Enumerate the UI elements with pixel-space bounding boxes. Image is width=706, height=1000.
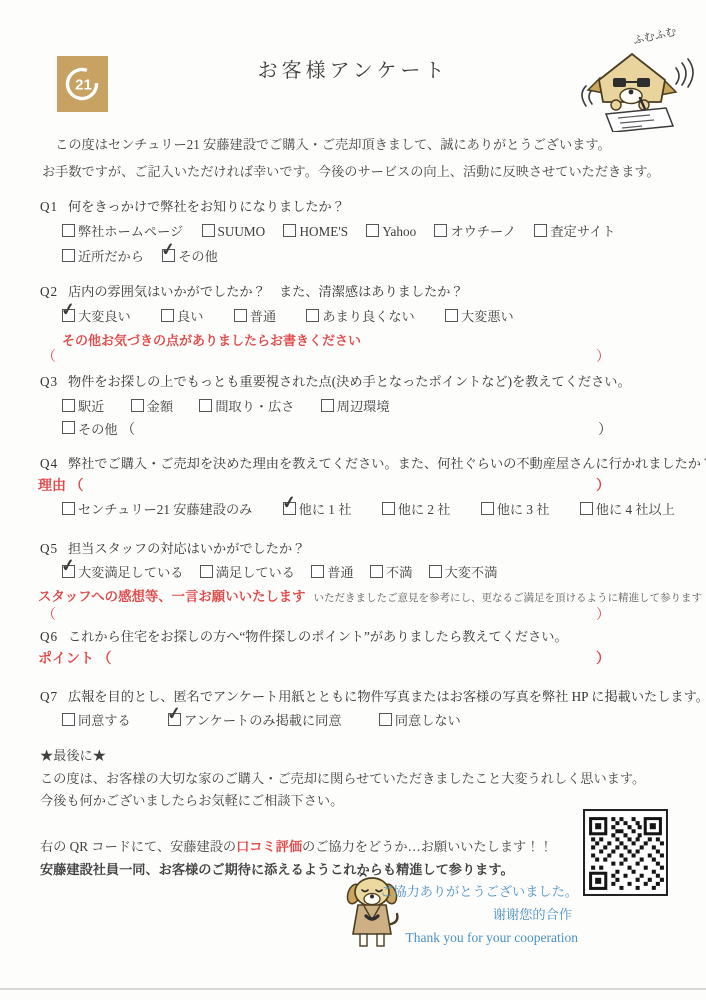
checkbox-option[interactable]: 査定サイト — [534, 221, 615, 240]
intro-line-2: お手数ですが、ご記入いただければ幸いです。今後のサービスの向上、活動に反映させて… — [42, 158, 682, 185]
question-text: 物件をお探しの上でもっとも重要視された点(決め手となったポイントなど)を教えてく… — [68, 374, 631, 389]
question-q5-heading: Q5担当スタッフの対応はいかがでしたか？ — [40, 538, 700, 557]
question-q6-heading: Q6これから住宅をお探しの方へ“物件探しのポイント”がありましたら教えてください… — [40, 626, 700, 645]
checkbox-option[interactable]: 普通 — [311, 562, 353, 581]
intro-line-1: この度はセンチュリー21 安藤建設でご購入・ご売却頂きまして、誠にありがとうござ… — [42, 131, 682, 158]
q1-options-row1: 弊社ホームページ SUUMO HOME'S Yahoo オウチーノ 査定サイト — [62, 221, 630, 240]
question-text: 担当スタッフの対応はいかがでしたか？ — [68, 541, 305, 556]
write-in-area[interactable] — [56, 346, 596, 366]
checkbox[interactable] — [131, 399, 144, 412]
mascot-writing-illustration: ふむふむ — [576, 28, 696, 132]
question-text: 弊社でご購入・ご売却を決めた理由を教えてください。また、何社ぐらいの不動産屋さん… — [68, 456, 706, 471]
checkbox-option[interactable]: HOME'S — [283, 224, 348, 240]
checkbox-label: 近所だから — [78, 249, 144, 264]
checkbox[interactable] — [481, 502, 494, 515]
checkbox-option[interactable]: 大変不満 — [429, 562, 498, 581]
checkbox-label: アンケートのみ掲載に同意 — [184, 713, 341, 728]
q5-note-subtext: いただきましたご意見を参考にし、更なるご満足を頂けるように精進して参ります — [314, 593, 703, 604]
question-q4-heading: Q4弊社でご購入・ご売却を決めた理由を教えてください。また、何社ぐらいの不動産屋… — [40, 453, 700, 472]
question-number: Q7 — [40, 689, 68, 705]
checkbox[interactable] — [311, 565, 324, 578]
checkbox-option[interactable]: 大変良い — [62, 306, 131, 325]
checkbox-label: 他に 2 社 — [398, 502, 451, 517]
checkbox-option[interactable]: 他に 1 社 — [283, 499, 352, 518]
checkbox-label: 良い — [177, 309, 203, 324]
q5-freeform-note: スタッフへの感想等、一言お願いいたします — [38, 589, 306, 604]
checkbox-option[interactable]: 同意する — [62, 710, 131, 729]
write-in-area[interactable] — [135, 419, 598, 439]
checkbox[interactable] — [283, 224, 296, 237]
qr-request-line-1: 右の QR コードにて、安藤建設の口コミ評価のご協力をどうか…お願いいたします！… — [40, 836, 553, 855]
checkbox-option[interactable]: 不満 — [370, 562, 412, 581]
reason-label-group: 理由 （ — [38, 475, 84, 495]
question-text: これから住宅をお探しの方へ“物件探しのポイント”がありましたら教えてください。 — [68, 629, 568, 644]
checkbox[interactable] — [62, 224, 75, 237]
checkbox[interactable] — [429, 565, 442, 578]
question-q3-heading: Q3物件をお探しの上でもっとも重要視された点(決め手となったポイントなど)を教え… — [40, 371, 700, 390]
question-q1-heading: Q1何をきっかけで弊社をお知りになりましたか？ — [40, 196, 700, 215]
qr-line1-pre: 右の QR コードにて、安藤建設の — [40, 839, 236, 854]
checkbox[interactable] — [306, 309, 319, 322]
checkbox-option[interactable]: 大変満足している — [62, 562, 184, 581]
checkbox-label: 不満 — [386, 565, 412, 580]
checkbox-label: 大変悪い — [461, 309, 514, 324]
checkbox-label: オウチーノ — [450, 224, 516, 239]
paren-open: （ — [42, 346, 56, 366]
checkbox-label: Yahoo — [382, 224, 416, 239]
checkbox[interactable] — [199, 399, 212, 412]
checkbox-label: センチュリー21 安藤建設のみ — [78, 502, 252, 517]
checkbox[interactable] — [200, 565, 213, 578]
paren-open: （ — [70, 475, 84, 495]
checkbox[interactable] — [62, 421, 75, 434]
checkbox-label: 金額 — [147, 399, 173, 414]
paren-close: ） — [596, 648, 610, 668]
q6-point-line: ポイント （ ） — [38, 648, 610, 668]
q7-options-row: 同意する アンケートのみ掲載に同意 同意しない — [62, 710, 495, 729]
q3-other-row: その他 （ ） — [62, 419, 612, 439]
checkbox[interactable] — [283, 502, 296, 515]
checkbox-label: 大変満足している — [78, 565, 184, 580]
checkbox[interactable] — [580, 502, 593, 515]
checkbox[interactable] — [168, 713, 181, 726]
question-number: Q1 — [40, 199, 68, 215]
checkbox-label: SUUMO — [218, 224, 266, 239]
checkbox-label: 大変良い — [78, 309, 131, 324]
q1-options-row2: 近所だから その他 — [62, 246, 233, 265]
checkbox-label: 同意する — [78, 713, 131, 728]
checkbox-option[interactable]: 大変悪い — [445, 306, 514, 325]
question-number: Q3 — [40, 374, 68, 390]
checkbox[interactable] — [62, 713, 75, 726]
paren-close: ） — [596, 604, 610, 624]
checkbox-option[interactable]: 金額 — [131, 396, 173, 415]
checkbox-label: 満足している — [216, 565, 295, 580]
q2-options-row: 大変良い 良い 普通 あまり良くない 大変悪い — [62, 306, 541, 325]
q2-write-in-line: （） — [42, 346, 610, 366]
checkbox-option[interactable]: 他に 2 社 — [382, 499, 451, 518]
checkbox[interactable] — [162, 249, 175, 262]
reason-label: 理由 — [38, 475, 66, 495]
checkbox-option[interactable]: 周辺環境 — [321, 396, 390, 415]
checkbox-label: あまり良くない — [322, 309, 414, 324]
question-text: 何をきっかけで弊社をお知りになりましたか？ — [68, 199, 345, 214]
checkbox[interactable] — [62, 249, 75, 262]
intro-paragraph: この度はセンチュリー21 安藤建設でご購入・ご売却頂きまして、誠にありがとうござ… — [42, 131, 682, 185]
thanks-japanese: ご協力ありがとうございました。 — [356, 880, 578, 903]
checkbox-label: 周辺環境 — [337, 399, 390, 414]
checkbox-option[interactable]: 近所だから — [62, 246, 144, 265]
survey-page: 21 お客様アンケート ふむふむ — [0, 0, 706, 1000]
checkbox-label: 間取り・広さ — [215, 399, 294, 414]
checkbox-option[interactable]: 駅近 — [62, 396, 104, 415]
checkbox[interactable] — [382, 502, 395, 515]
checkbox[interactable] — [62, 309, 75, 322]
checkbox-label: 普通 — [327, 565, 353, 580]
checkbox[interactable] — [161, 309, 174, 322]
checkbox-option[interactable]: 同意しない — [379, 710, 461, 729]
checkbox[interactable] — [366, 224, 379, 237]
question-text: 店内の雰囲気はいかがでしたか？ また、清潔感はありましたか？ — [68, 284, 464, 299]
qr-code — [583, 809, 668, 896]
thanks-block: ご協力ありがとうございました。 谢谢您的合作 Thank you for you… — [356, 880, 578, 949]
thanks-english: Thank you for your cooperation — [356, 926, 578, 949]
closing-line-1: この度は、お客様の大切な家のご購入・ご売却に関らせていただきましたこと大変うれし… — [40, 768, 645, 787]
checkbox-label: 駅近 — [78, 399, 104, 414]
question-number: Q5 — [40, 541, 68, 557]
qr-code-icon — [583, 809, 668, 896]
checkbox-option[interactable]: その他 — [162, 246, 218, 265]
question-q7-heading: Q7広報を目的とし、匿名でアンケート用紙とともに物件写真またはお客様の写真を弊社… — [40, 686, 700, 705]
checkbox[interactable] — [370, 565, 383, 578]
checkbox-label: HOME'S — [299, 224, 348, 239]
thanks-chinese: 谢谢您的合作 — [356, 903, 578, 926]
question-number: Q6 — [40, 629, 68, 645]
checkbox-option[interactable]: 他に 3 社 — [481, 499, 550, 518]
question-q2-heading: Q2店内の雰囲気はいかがでしたか？ また、清潔感はありましたか？ — [40, 281, 700, 300]
point-label: ポイント — [38, 648, 94, 668]
write-in-area[interactable] — [84, 475, 597, 495]
checkbox-option[interactable]: 弊社ホームページ — [62, 221, 183, 240]
q4-options-row: センチュリー21 安藤建設のみ 他に 1 社 他に 2 社 他に 3 社 他に … — [62, 499, 702, 518]
checkbox-option[interactable]: 良い — [161, 306, 203, 325]
closing-line-2: 今後も何かございましたらお気軽にご相談下さい。 — [40, 790, 343, 809]
checkbox[interactable] — [62, 502, 75, 515]
qr-line1-post: のご協力をどうか…お願いいたします！！ — [302, 839, 553, 854]
q5-options-row: 大変満足している 満足している 普通 不満 大変不満 — [62, 562, 510, 581]
checkbox-label: 普通 — [250, 309, 276, 324]
checkbox-option[interactable]: センチュリー21 安藤建設のみ — [62, 499, 252, 518]
checkbox-label: その他 — [178, 249, 218, 264]
qr-line1-highlight: 口コミ評価 — [236, 839, 302, 854]
mascot-speech-text: ふむふむ — [632, 28, 678, 47]
question-number: Q2 — [40, 284, 68, 300]
checkbox-label: 弊社ホームページ — [78, 224, 183, 239]
checkbox-option[interactable]: 普通 — [234, 306, 276, 325]
checkbox[interactable] — [62, 399, 75, 412]
checkbox-option[interactable]: オウチーノ — [434, 221, 516, 240]
closing-title: ★最後に★ — [40, 745, 106, 764]
q5-freeform-note-line: スタッフへの感想等、一言お願いいたしますいただきましたご意見を参考にし、更なるご… — [38, 586, 702, 605]
checkbox-option[interactable]: アンケートのみ掲載に同意 — [168, 710, 341, 729]
checkbox-label: 査定サイト — [550, 224, 615, 239]
checkbox-option[interactable]: 間取り・広さ — [199, 396, 294, 415]
paren-close: ） — [596, 475, 610, 495]
write-in-area[interactable] — [56, 604, 596, 624]
checkbox[interactable] — [321, 399, 334, 412]
write-in-area[interactable] — [112, 648, 597, 668]
paren-open: （ — [42, 604, 56, 624]
point-label-group: ポイント （ — [38, 648, 112, 668]
checkbox[interactable] — [202, 224, 215, 237]
paren-close: ） — [598, 419, 612, 439]
paren-open: （ — [121, 419, 135, 439]
checkbox-option[interactable]: その他 （ — [62, 419, 135, 439]
checkbox[interactable] — [234, 309, 247, 322]
paren-open: （ — [98, 648, 112, 668]
checkbox-option[interactable]: あまり良くない — [306, 306, 414, 325]
qr-request-line-2: 安藤建設社員一同、お客様のご期待に添えるようこれからも精進して参ります。 — [40, 859, 514, 878]
checkbox[interactable] — [534, 224, 547, 237]
checkbox-option[interactable]: 他に 4 社以上 — [580, 499, 675, 518]
question-text: 広報を目的とし、匿名でアンケート用紙とともに物件写真またはお客様の写真を弊社 H… — [68, 689, 706, 704]
q4-reason-line: 理由 （ ） — [38, 475, 610, 495]
scan-edge-line — [0, 988, 706, 990]
checkbox-label: 他に 3 社 — [497, 502, 550, 517]
q3-options-row1: 駅近 金額 間取り・広さ 周辺環境 — [62, 396, 413, 415]
q5-write-in-line: （） — [42, 604, 610, 624]
question-number: Q4 — [40, 456, 68, 472]
checkbox-option[interactable]: Yahoo — [366, 224, 416, 240]
paren-close: ） — [596, 346, 610, 366]
checkbox-label: 他に 4 社以上 — [596, 502, 675, 517]
checkbox-label: 他に 1 社 — [299, 502, 352, 517]
checkbox[interactable] — [434, 224, 447, 237]
checkbox[interactable] — [62, 565, 75, 578]
checkbox-option[interactable]: 満足している — [200, 562, 295, 581]
checkbox-label: 同意しない — [395, 713, 461, 728]
checkbox[interactable] — [445, 309, 458, 322]
checkbox-option[interactable]: SUUMO — [202, 224, 266, 240]
checkbox[interactable] — [379, 713, 392, 726]
mascot-writing-icon: ふむふむ — [576, 28, 696, 132]
checkbox-label: その他 — [78, 419, 118, 438]
checkbox-label: 大変不満 — [445, 565, 498, 580]
